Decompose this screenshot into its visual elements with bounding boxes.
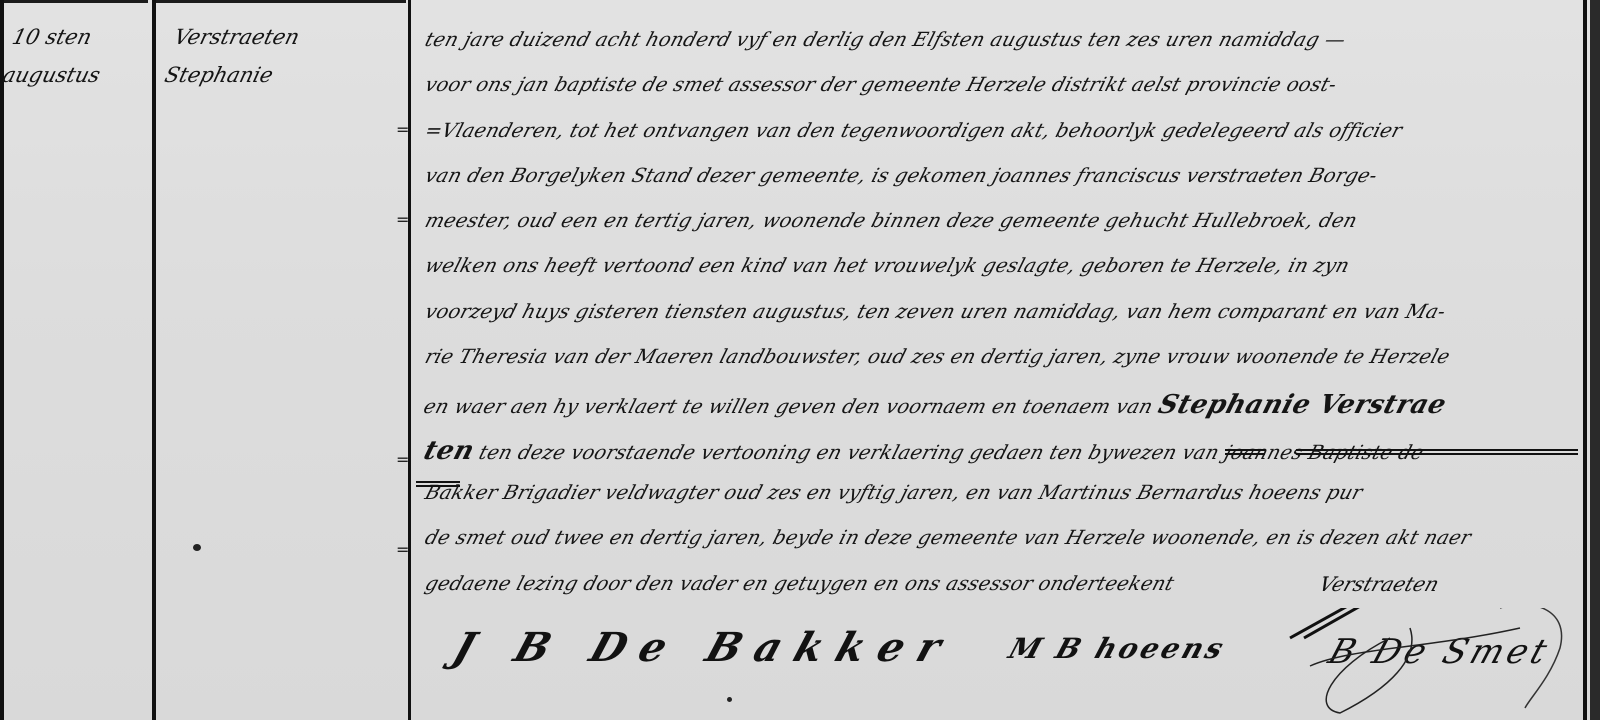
signature-father: Verstraeten: [1316, 572, 1442, 596]
date-month: augustus: [0, 56, 148, 94]
column-rule-date: [152, 0, 156, 720]
given-name: Stephanie: [161, 56, 400, 94]
ink-speck: [193, 544, 201, 551]
margin-mark: =: [396, 210, 409, 229]
entry-body: ten jare duizend acht honderd vyf en der…: [416, 28, 1566, 617]
register-page: 10 sten augustus Verstraeten Stephanie =…: [0, 0, 1600, 720]
signatures-area: J B De Bakker M B hoeens Verstraeten B D…: [450, 618, 1570, 718]
name-underline: [1296, 449, 1578, 455]
name-underline: [1225, 449, 1265, 455]
top-rule-date: [0, 0, 148, 3]
body-line-with-name-end: ten ten deze voorstaende vertooning en v…: [416, 436, 1579, 481]
column-rule-name: [408, 0, 411, 720]
body-line: =Vlaenderen, tot het ontvangen van den t…: [416, 119, 1579, 164]
body-line: ten jare duizend acht honderd vyf en der…: [416, 28, 1579, 73]
name-column: Verstraeten Stephanie: [161, 18, 410, 94]
body-line-text: en waer aen hy verklaert te willen geven…: [421, 395, 1156, 418]
date-column: 10 sten augustus: [0, 18, 157, 94]
top-rule-name: [156, 0, 406, 3]
body-line: Bakker Brigadier veldwagter oud zes en v…: [416, 481, 1579, 526]
signature-flourish-icon: [1270, 608, 1590, 718]
margin-mark: =: [396, 120, 409, 139]
column-rule-right-outer: [1590, 0, 1600, 720]
margin-mark: =: [396, 450, 409, 469]
body-line-with-name: en waer aen hy verklaert te willen geven…: [416, 390, 1579, 435]
signature-witness-1: J B De Bakker: [447, 624, 961, 671]
body-line-text: ten deze voorstaende vertooning en verkl…: [476, 441, 1426, 464]
name-underline: [416, 481, 460, 487]
body-line: rie Theresia van der Maeren landbouwster…: [416, 345, 1579, 390]
body-line: meester, oud een en tertig jaren, woonen…: [416, 209, 1579, 254]
body-line: de smet oud twee en dertig jaren, beyde …: [416, 526, 1579, 571]
body-line: welken ons heeft vertoond een kind van h…: [416, 254, 1579, 299]
signature-witness-2: M B hoeens: [1005, 632, 1231, 665]
child-name-highlight: Stephanie Verstrae: [1155, 390, 1450, 420]
margin-mark: =: [396, 540, 409, 559]
body-line: voor ons jan baptiste de smet assessor d…: [416, 73, 1579, 118]
body-line: voorzeyd huys gisteren tiensten augustus…: [416, 300, 1579, 345]
child-name-highlight-end: ten: [420, 436, 478, 466]
column-rule-left: [0, 0, 4, 720]
date-day: 10 sten: [8, 18, 157, 56]
ink-speck: [727, 697, 732, 702]
body-line: van den Borgelyken Stand dezer gemeente,…: [416, 164, 1579, 209]
surname: Verstraeten: [170, 18, 409, 56]
